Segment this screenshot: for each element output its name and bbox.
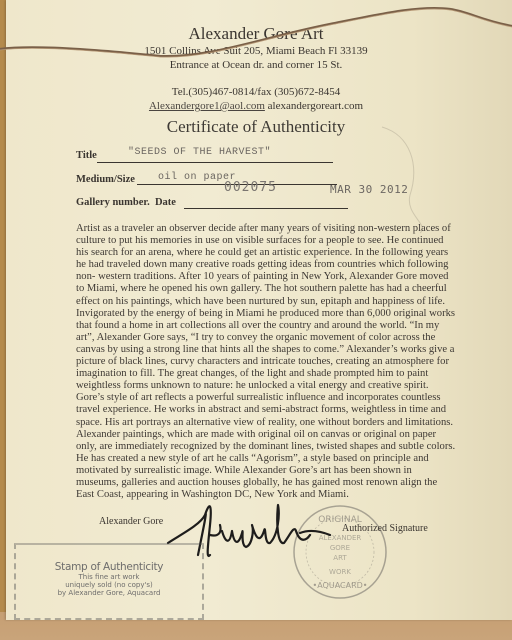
contact-line: Alexandergore1@aol.com alexandergoreart.… [0,99,512,113]
biography-paragraph: Artist as a traveler an observer decide … [76,223,456,501]
certificate-title: Certificate of Authenticity [0,117,512,137]
medium-label: Medium/Size [76,174,135,185]
artist-biography: Artist as a traveler an observer decide … [76,223,456,501]
letterhead: Alexander Gore Art 1501 Collins Ave Suit… [0,24,512,113]
title-value: "SEEDS OF THE HARVEST" [128,147,271,158]
phone-fax: Tel.(305)467-0814/fax (305)672-8454 [0,85,512,99]
gallery-date-field: Gallery number. Date [76,197,176,208]
signer-name: Alexander Gore [99,516,163,527]
date-stamp: MAR 30 2012 [330,183,408,196]
stamp-of-authenticity: Stamp of Authenticity This fine art work… [14,543,204,620]
gallery-number-stamp: 002075 [224,180,277,195]
date-label: Date [155,197,176,208]
stamp-line-1: This fine art work [16,573,202,581]
address-line-2: Entrance at Ocean dr. and corner 15 St. [0,58,512,72]
stamp-line-3: by Alexander Gore, Aquacard [16,589,202,597]
gallery-number-label: Gallery number. [76,197,150,208]
pen-impression [380,125,440,235]
stamp-title: Stamp of Authenticity [16,561,202,573]
company-name: Alexander Gore Art [0,24,512,44]
gallery-date-underline [184,208,348,209]
address-line-1: 1501 Collins Ave Suit 205, Miami Beach F… [0,44,512,58]
title-field: Title [76,150,97,161]
medium-field: Medium/Size [76,174,135,185]
svg-text:•AQUACARD•: •AQUACARD• [312,581,367,590]
stamp-line-2: uniquely sold (no copy's) [16,581,202,589]
website: alexandergoreart.com [268,100,363,112]
email-link[interactable]: Alexandergore1@aol.com [149,100,265,112]
title-label: Title [76,150,97,161]
title-underline [97,162,333,163]
